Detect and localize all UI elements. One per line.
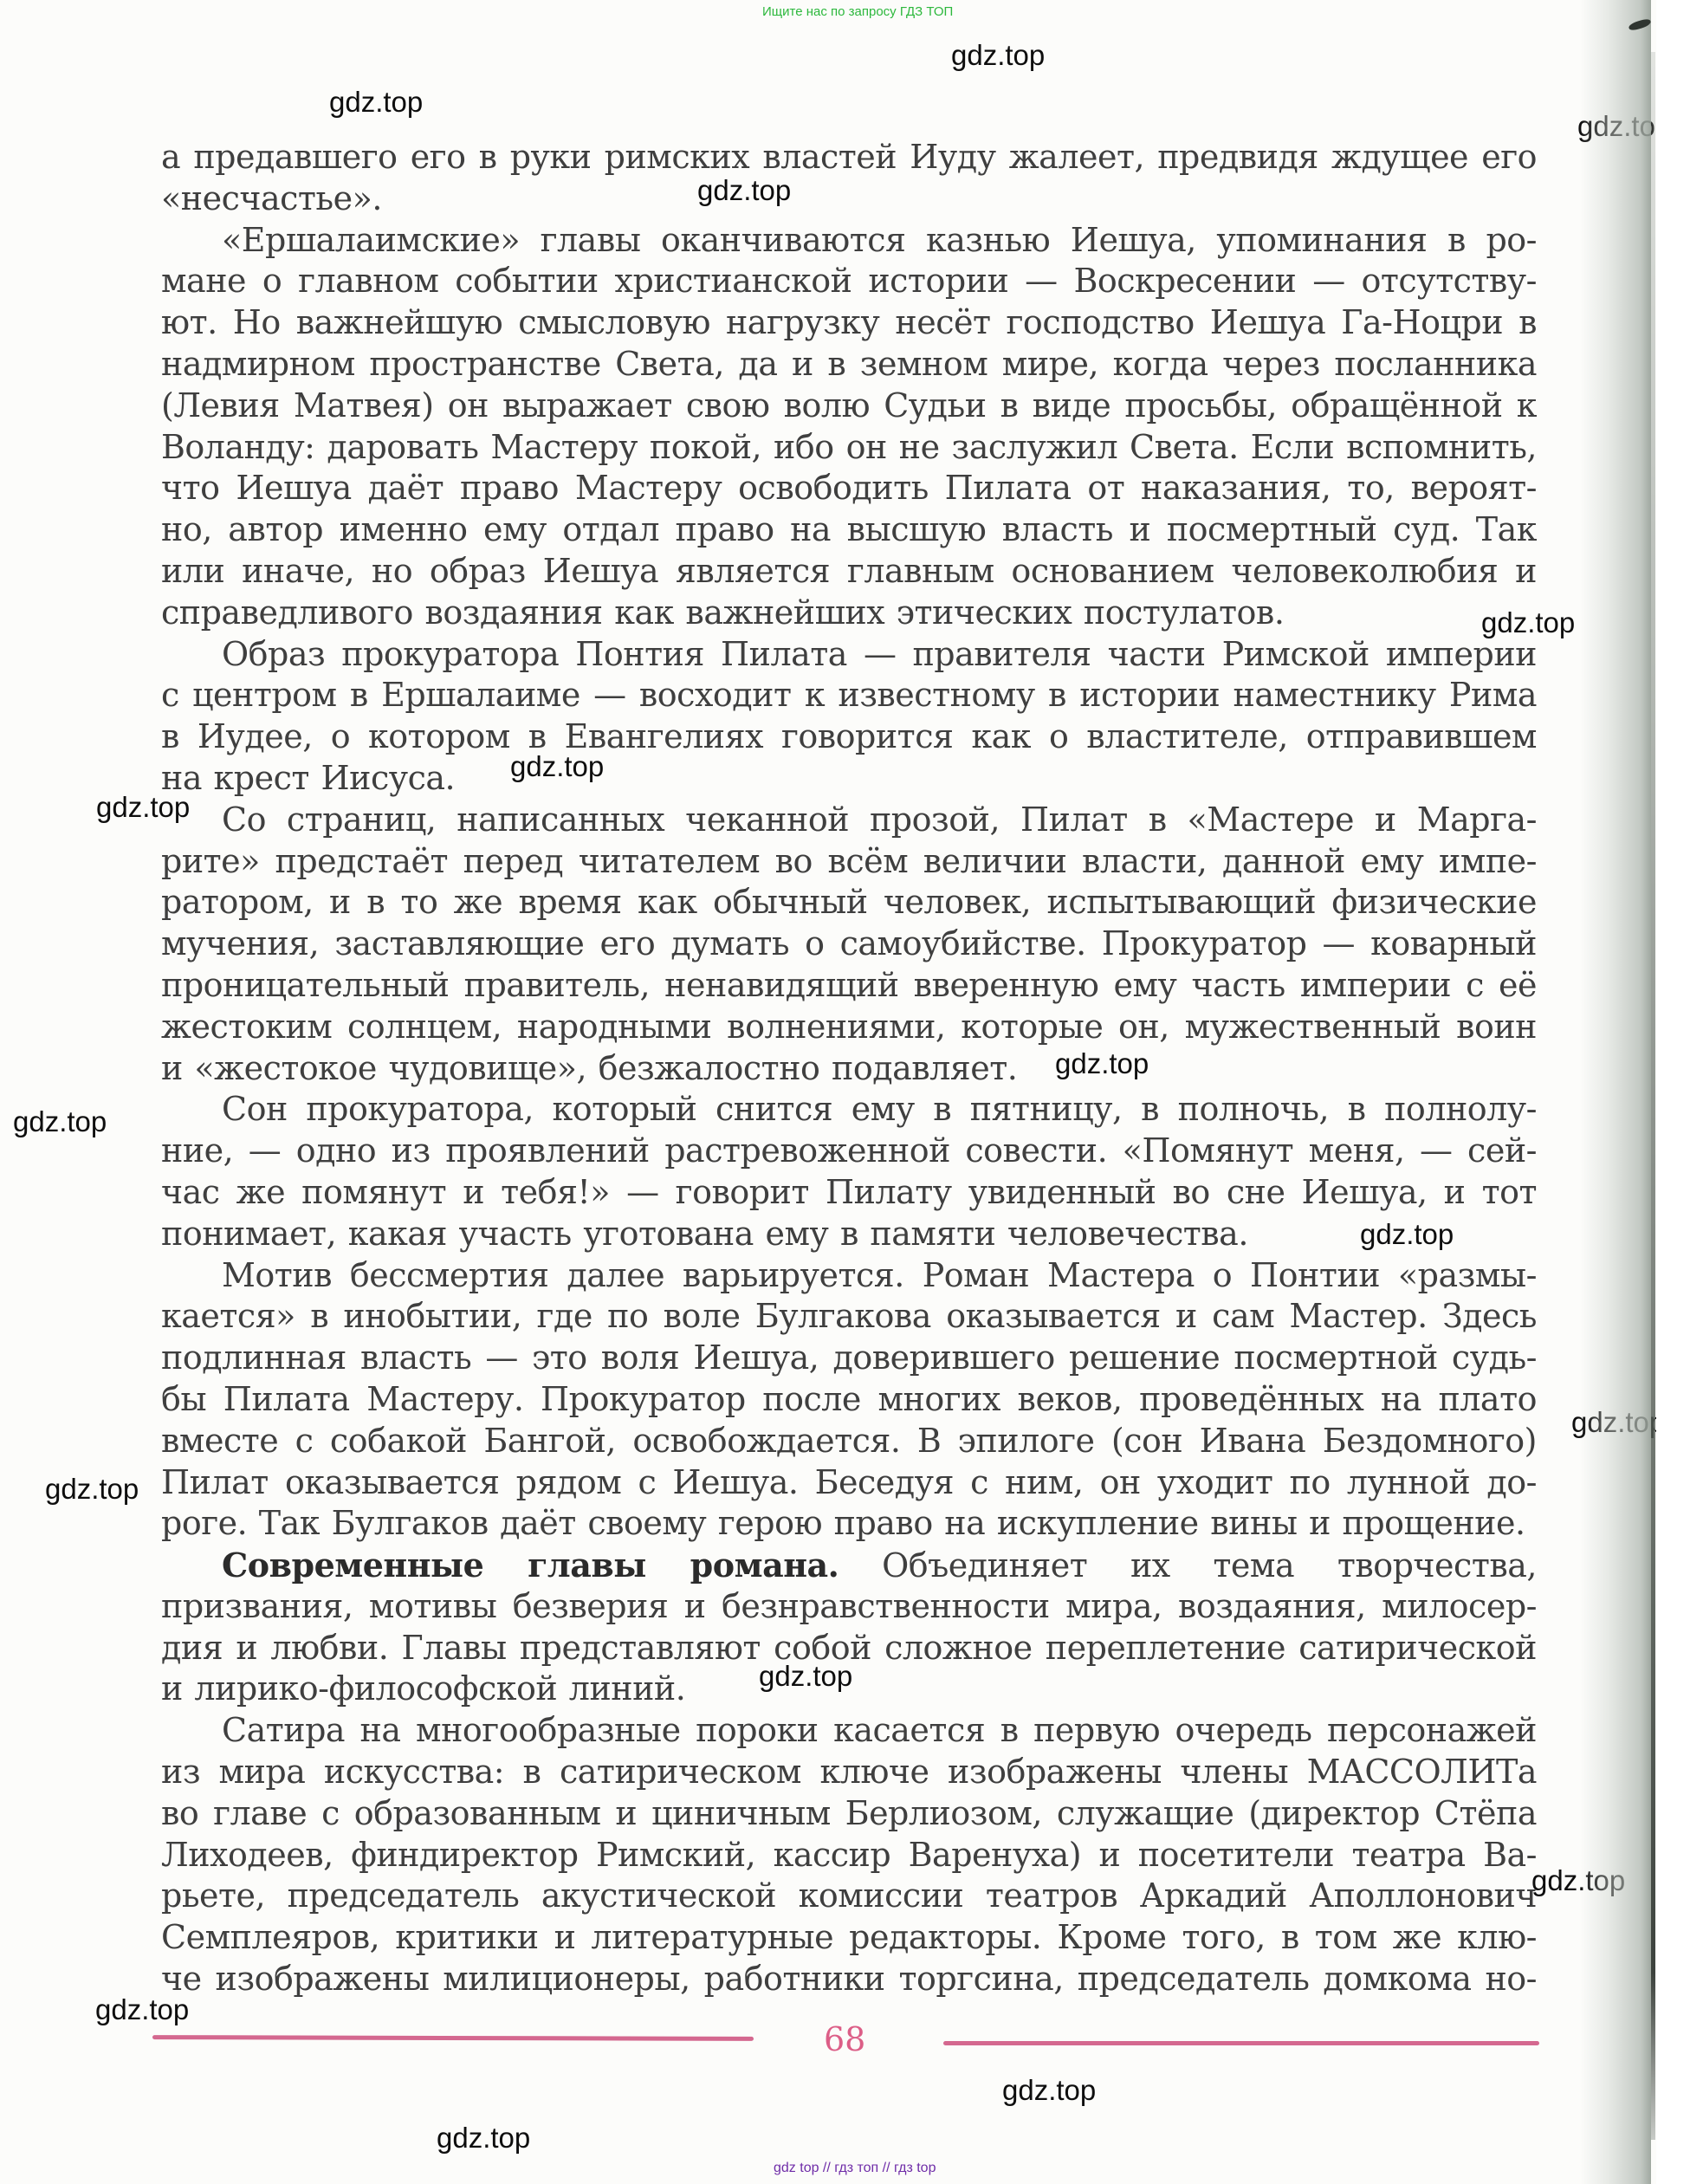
text-line: Современные главы романа. Объединяет их …	[161, 1545, 1537, 1586]
text-line: кается» в инобытии, где по воле Булгаков…	[161, 1296, 1537, 1338]
text-line: Семплеяров, критики и литературные редак…	[161, 1917, 1537, 1959]
text-line: что Иешуа даёт право Мастеру освободить …	[161, 468, 1537, 509]
text-line: справедливого воздаяния как важнейших эт…	[161, 593, 1537, 634]
text-line: надмирном пространстве Света, да и в зем…	[161, 344, 1537, 386]
gdz-watermark: gdz.top	[951, 39, 1045, 72]
text-line: мане о главном событии христианской исто…	[161, 261, 1537, 302]
text-line: и «жестокое чудовище», безжалостно подав…	[161, 1048, 1537, 1090]
footer-rule-right	[943, 2041, 1539, 2045]
gdz-watermark: gdz.top	[13, 1105, 107, 1138]
text-line: Сон прокуратора, который снится ему в пя…	[161, 1089, 1537, 1131]
text-line: час же помянут и тебя!» — говорит Пилату…	[161, 1172, 1537, 1214]
text-line: роге. Так Булгаков даёт своему герою пра…	[161, 1503, 1537, 1545]
text-line: призвания, мотивы безверия и безнравстве…	[161, 1586, 1537, 1628]
text-line: а предавшего его в руки римских властей …	[161, 137, 1537, 178]
text-line: «несчастье».	[161, 178, 1537, 220]
scanned-book-page: Ищите нас по запросу ГДЗ ТОП gdz.top gdz…	[0, 0, 1703, 2184]
book-spine-edge-line	[1651, 52, 1655, 2140]
text-line: ние, — одно из проявлений растревоженной…	[161, 1131, 1537, 1172]
text-line: с центром в Ершалаиме — восходит к извес…	[161, 675, 1537, 716]
text-line: (Левия Матвея) он выражает свою волю Суд…	[161, 386, 1537, 427]
text-line: понимает, какая участь уготована ему в п…	[161, 1214, 1537, 1255]
text-line: в Иудее, о котором в Евангелиях говоритс…	[161, 716, 1537, 758]
text-line: Образ прокуратора Понтия Пилата — правит…	[161, 634, 1537, 676]
text-line: ют. Но важнейшую смысловую нагрузку несё…	[161, 302, 1537, 344]
gdz-watermark: gdz.top	[1002, 2074, 1096, 2107]
text-line: во главе с образованным и циничным Берли…	[161, 1793, 1537, 1835]
text-line: подлинная власть — это воля Иешуа, довер…	[161, 1338, 1537, 1379]
text-line: из мира искусства: в сатирическом ключе …	[161, 1752, 1537, 1793]
text-line: мучения, заставляющие его думать о самоу…	[161, 924, 1537, 965]
text-line: Воланду: даровать Мастеру покой, ибо он …	[161, 427, 1537, 469]
bold-run: Современные главы романа.	[222, 1546, 839, 1585]
scan-right-margin	[1656, 0, 1703, 2184]
text-line: на крест Иисуса.	[161, 758, 1537, 800]
gdz-watermark: gdz.top	[437, 2122, 530, 2155]
text-line: вместе с собакой Бангой, освобождается. …	[161, 1421, 1537, 1462]
text-line: жестоким солнцем, народными волнениями, …	[161, 1007, 1537, 1048]
text-line: бы Пилата Мастеру. Прокуратор после мног…	[161, 1379, 1537, 1421]
text-line: Лиходеев, финдиректор Римский, кассир Ва…	[161, 1835, 1537, 1876]
text-line: и лирико-философской линий.	[161, 1669, 1537, 1710]
book-spine-shadow	[1580, 0, 1651, 2184]
text-line: Сатира на многообразные пороки касается …	[161, 1710, 1537, 1752]
footer-note: gdz top // гдз топ // гдз top	[774, 2161, 936, 2176]
page-number: 68	[824, 2020, 865, 2058]
text-line: дия и любви. Главы представляют собой сл…	[161, 1628, 1537, 1669]
promo-note: Ищите нас по запросу ГДЗ ТОП	[762, 4, 944, 19]
text-line: или иначе, но образ Иешуа является главн…	[161, 551, 1537, 593]
text-line: ратором, и в то же время как обычный чел…	[161, 882, 1537, 924]
footer-rule-left	[152, 2035, 754, 2041]
text-line: «Ершалаимские» главы оканчиваются казнью…	[161, 220, 1537, 262]
text-line: проницательный правитель, ненавидящий вв…	[161, 965, 1537, 1007]
text-line: рите» предстаёт перед читателем во всём …	[161, 841, 1537, 883]
text-line: Мотив бессмертия далее варьируется. Рома…	[161, 1255, 1537, 1297]
page-text-block: а предавшего его в руки римских властей …	[161, 137, 1537, 2000]
text-line: Пилат оказывается рядом с Иешуа. Беседуя…	[161, 1462, 1537, 1504]
text-line: рьете, председатель акустической комисси…	[161, 1876, 1537, 1917]
text-line: че изображены милиционеры, работники тор…	[161, 1959, 1537, 2000]
text-line: но, автор именно ему отдал право на высш…	[161, 509, 1537, 551]
text-line: Со страниц, написанных чеканной прозой, …	[161, 800, 1537, 841]
gdz-watermark: gdz.top	[45, 1473, 139, 1506]
gdz-watermark: gdz.top	[329, 86, 423, 119]
